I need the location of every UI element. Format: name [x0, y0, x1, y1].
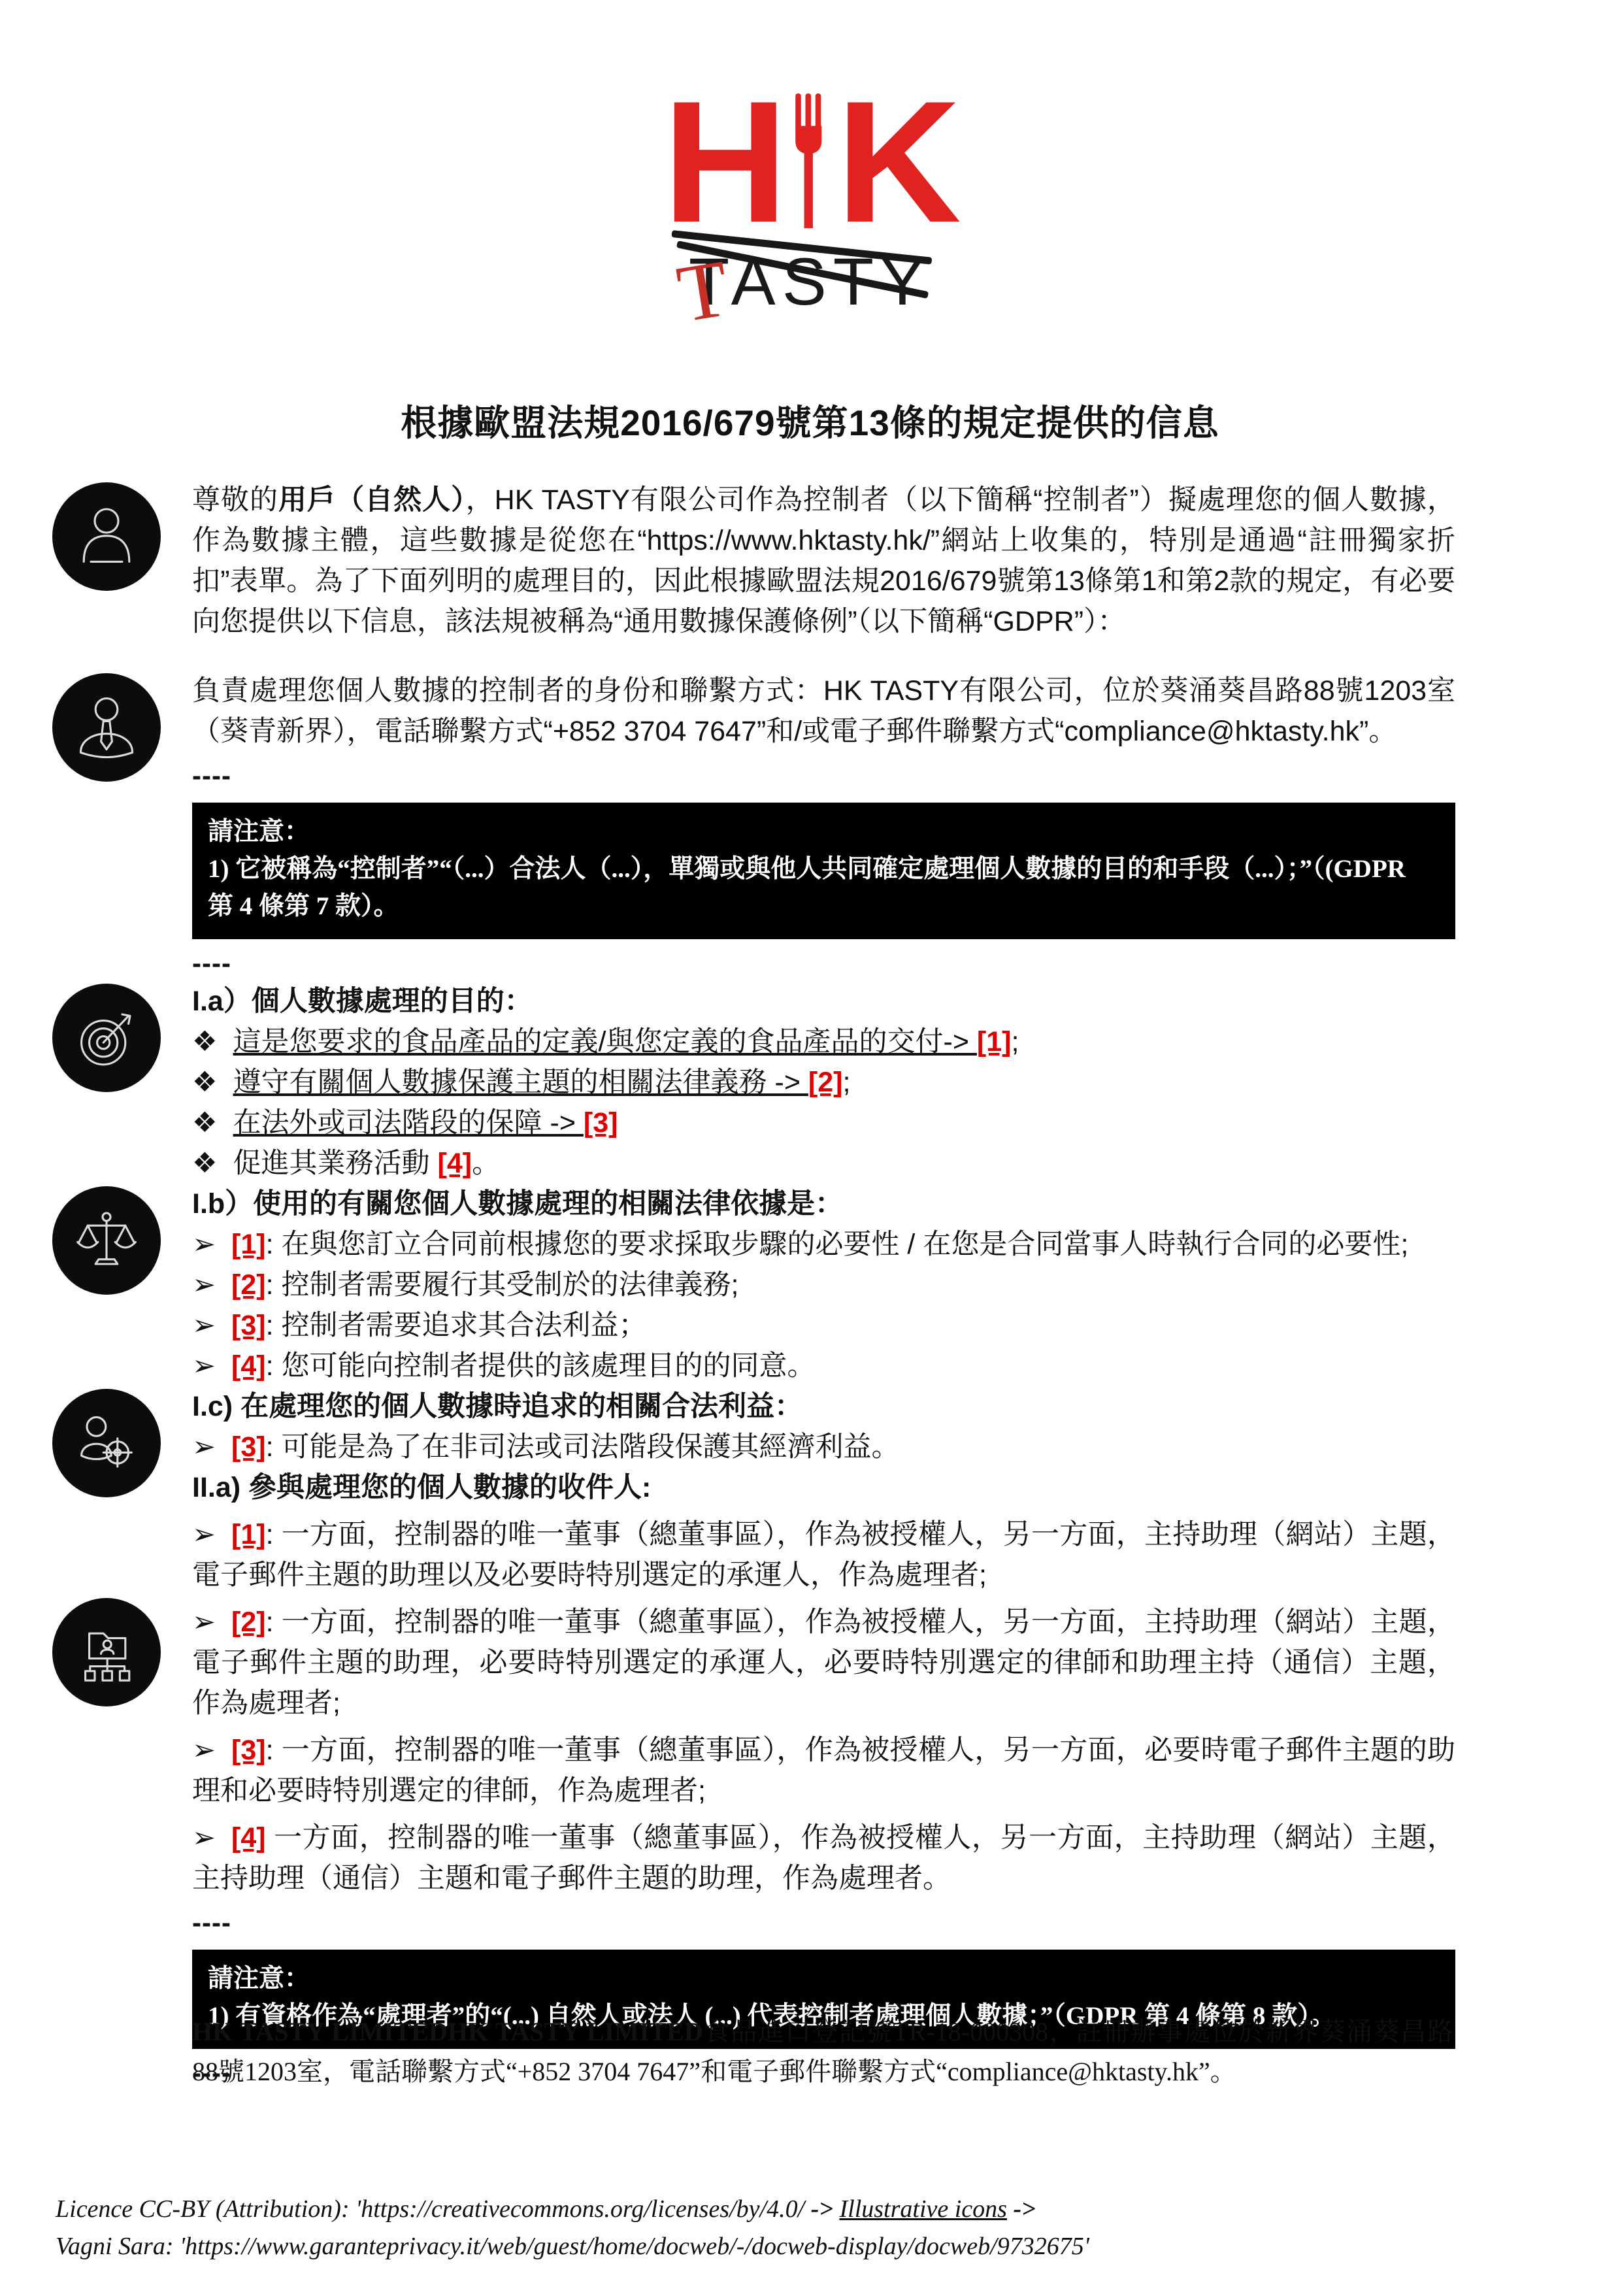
footer-company-info: HK TASTY LIMITEDHK TASTY LIMITED食品進口登記號T…	[192, 2012, 1453, 2091]
section-ib: I.b）使用的有關您個人數據處理的相關法律依據是： ➢[1]: 在與您訂立合同前…	[192, 1184, 1455, 1386]
list-item: ❖這是您要求的食品產品的定義/與您定義的食品產品的交付-> [1];	[192, 1022, 1455, 1062]
section-iia-header: II.a) 參與處理您的個人數據的收件人:	[192, 1467, 1455, 1508]
ib-item-4: [4]: 您可能向控制者提供的該處理目的的同意。	[231, 1350, 815, 1382]
section-ib-header: I.b）使用的有關您個人數據處理的相關法律依據是：	[192, 1184, 1455, 1224]
separator: ----	[192, 1909, 1455, 1937]
folder-hierarchy-icon	[52, 1598, 161, 1706]
separator: ----	[192, 762, 1455, 790]
list-item: ❖促進其業務活動 [4]。	[192, 1143, 1455, 1184]
intro-icon-cell	[52, 480, 192, 642]
section-ia-row: I.a）個人數據處理的目的： ❖這是您要求的食品產品的定義/與您定義的食品產品的…	[0, 981, 1620, 1184]
section-ic: I.c) 在處理您的個人數據時追求的相關合法利益： ➢[3]: 可能是為了在非司…	[192, 1386, 1455, 1595]
empty-cell	[52, 1940, 192, 2091]
controller-row: 負責處理您個人數據的控制者的身份和聯繫方式：HK TASTY有限公司，位於葵涌葵…	[0, 671, 1620, 793]
section-iia-rest: ➢[2]: 一方面，控制器的唯一董事（總董事區），作為被授權人，另一方面，主持助…	[192, 1595, 1455, 1940]
licence-line-2: Vagni Sara: 'https://www.garanteprivacy.…	[56, 2228, 1166, 2265]
notice-box-1: 請注意： 1) 它被稱為“控制者”“（...）合法人（...），單獨或與他人共同…	[192, 803, 1455, 939]
ib-icon-cell	[52, 1184, 192, 1386]
ib-item-2: [2]: 控制者需要履行其受制於的法律義務;	[231, 1269, 738, 1301]
user-icon	[52, 482, 161, 591]
section-iia-row: ➢[2]: 一方面，控制器的唯一董事（總董事區），作為被授權人，另一方面，主持助…	[0, 1595, 1620, 1940]
intro-row: 尊敬的用戶（自然人），HK TASTY有限公司作為控制者（以下簡稱“控制者”）擬…	[0, 480, 1620, 642]
notice1-row: 請注意： 1) 它被稱為“控制者”“（...）合法人（...），單獨或與他人共同…	[0, 793, 1620, 981]
list-item: ❖遵守有關個人數據保護主題的相關法律義務 -> [2];	[192, 1062, 1455, 1103]
target-icon	[52, 984, 161, 1092]
list-item: ➢[2]: 一方面，控制器的唯一董事（總董事區），作為被授權人，另一方面，主持助…	[192, 1602, 1455, 1723]
person-target-icon	[52, 1389, 161, 1497]
fork-icon	[791, 93, 833, 231]
arrow-bullet-icon: ➢	[192, 1602, 216, 1642]
list-item: ➢[1]: 一方面，控制器的唯一董事（總董事區），作為被授權人，另一方面，主持助…	[192, 1514, 1455, 1595]
licence-note: Licence CC-BY (Attribution): 'https://cr…	[56, 2191, 1166, 2265]
hk-tasty-logo: H K T TASTY	[660, 0, 961, 320]
ib-item-1: [1]: 在與您訂立合同前根據您的要求採取步驟的必要性 / 在您是合同當事人時執…	[231, 1229, 1408, 1260]
licence-line-1: Licence CC-BY (Attribution): 'https://cr…	[56, 2191, 1166, 2228]
ia-item-1: 這是您要求的食品產品的定義/與您定義的食品產品的交付-> [1];	[233, 1026, 1019, 1057]
arrow-bullet-icon: ➢	[192, 1514, 216, 1555]
diamond-bullet-icon: ❖	[192, 1062, 218, 1103]
notice1-cell: 請注意： 1) 它被稱為“控制者”“（...）合法人（...），單獨或與他人共同…	[192, 793, 1455, 981]
section-ia: I.a）個人數據處理的目的： ❖這是您要求的食品產品的定義/與您定義的食品產品的…	[192, 981, 1455, 1184]
ic-item-1: [3]: 可能是為了在非司法或司法階段保護其經濟利益。	[231, 1431, 899, 1463]
list-item: ❖在法外或司法階段的保障 -> [3]	[192, 1103, 1455, 1143]
controller-paragraph: 負責處理您個人數據的控制者的身份和聯繫方式：HK TASTY有限公司，位於葵涌葵…	[192, 671, 1455, 793]
logo-area: H K T TASTY	[0, 0, 1620, 356]
diamond-bullet-icon: ❖	[192, 1022, 218, 1062]
controller-icon-cell	[52, 671, 192, 793]
diamond-bullet-icon: ❖	[192, 1103, 218, 1143]
ia-item-3: 在法外或司法階段的保障 -> [3]	[233, 1107, 618, 1139]
ib-item-3: [3]: 控制者需要追求其合法利益；	[231, 1310, 646, 1341]
section-ib-row: I.b）使用的有關您個人數據處理的相關法律依據是： ➢[1]: 在與您訂立合同前…	[0, 1184, 1620, 1386]
list-item: ➢[4]: 您可能向控制者提供的該處理目的的同意。	[192, 1346, 1455, 1386]
page-title: 根據歐盟法規2016/679號第13條的規定提供的信息	[0, 394, 1620, 446]
iia-item-4: [4] 一方面，控制器的唯一董事（總董事區），作為被授權人，另一方面，主持助理（…	[192, 1822, 1455, 1894]
arrow-bullet-icon: ➢	[192, 1305, 216, 1346]
ia-item-2: 遵守有關個人數據保護主題的相關法律義務 -> [2];	[233, 1067, 851, 1098]
list-item: ➢[3]: 一方面，控制器的唯一董事（總董事區），作為被授權人，另一方面，必要時…	[192, 1730, 1455, 1811]
arrow-bullet-icon: ➢	[192, 1818, 216, 1858]
section-ic-row: I.c) 在處理您的個人數據時追求的相關合法利益： ➢[3]: 可能是為了在非司…	[0, 1386, 1620, 1595]
diamond-bullet-icon: ❖	[192, 1143, 218, 1184]
notice1-body: 1) 它被稱為“控制者”“（...）合法人（...），單獨或與他人共同確定處理個…	[208, 855, 1406, 920]
intro-paragraph: 尊敬的用戶（自然人），HK TASTY有限公司作為控制者（以下簡稱“控制者”）擬…	[192, 480, 1455, 642]
section-ia-header: I.a）個人數據處理的目的：	[192, 981, 1455, 1022]
iia-item-2: [2]: 一方面，控制器的唯一董事（總董事區），作為被授權人，另一方面，主持助理…	[192, 1606, 1455, 1719]
iia-item-3: [3]: 一方面，控制器的唯一董事（總董事區），作為被授權人，另一方面，必要時電…	[192, 1735, 1455, 1806]
logo-letter-k: K	[836, 92, 957, 233]
person-tie-icon	[52, 673, 161, 782]
list-item: ➢[3]: 控制者需要追求其合法利益；	[192, 1305, 1455, 1346]
arrow-bullet-icon: ➢	[192, 1427, 216, 1467]
arrow-bullet-icon: ➢	[192, 1224, 216, 1265]
logo-hk-row: H K	[660, 92, 961, 233]
arrow-bullet-icon: ➢	[192, 1346, 216, 1386]
list-item: ➢[2]: 控制者需要履行其受制於的法律義務;	[192, 1265, 1455, 1305]
ic-icon-cell	[52, 1386, 192, 1595]
scales-icon	[52, 1186, 161, 1295]
logo-letter-h: H	[663, 92, 784, 233]
arrow-bullet-icon: ➢	[192, 1730, 216, 1771]
list-item: ➢[4] 一方面，控制器的唯一董事（總董事區），作為被授權人，另一方面，主持助理…	[192, 1818, 1455, 1899]
section-ic-header: I.c) 在處理您的個人數據時追求的相關合法利益：	[192, 1386, 1455, 1427]
document-page: H K T TASTY 根據歐盟法規2016/679號第13條的規定提	[0, 0, 1620, 2296]
iia-icon-cell	[52, 1595, 192, 1940]
controller-text: 負責處理您個人數據的控制者的身份和聯繫方式：HK TASTY有限公司，位於葵涌葵…	[192, 675, 1455, 747]
empty-cell	[52, 793, 192, 981]
notice1-label: 請注意：	[208, 813, 1437, 850]
separator: ----	[192, 950, 1455, 977]
list-item: ➢[3]: 可能是為了在非司法或司法階段保護其經濟利益。	[192, 1427, 1455, 1467]
arrow-bullet-icon: ➢	[192, 1265, 216, 1305]
list-item: ➢[1]: 在與您訂立合同前根據您的要求採取步驟的必要性 / 在您是合同當事人時…	[192, 1224, 1455, 1265]
notice2-label: 請注意：	[208, 1960, 1437, 1997]
iia-item-1: [1]: 一方面，控制器的唯一董事（總董事區），作為被授權人，另一方面，主持助理…	[192, 1519, 1455, 1591]
ia-item-4: 促進其業務活動 [4]。	[233, 1148, 501, 1179]
ia-icon-cell	[52, 981, 192, 1184]
